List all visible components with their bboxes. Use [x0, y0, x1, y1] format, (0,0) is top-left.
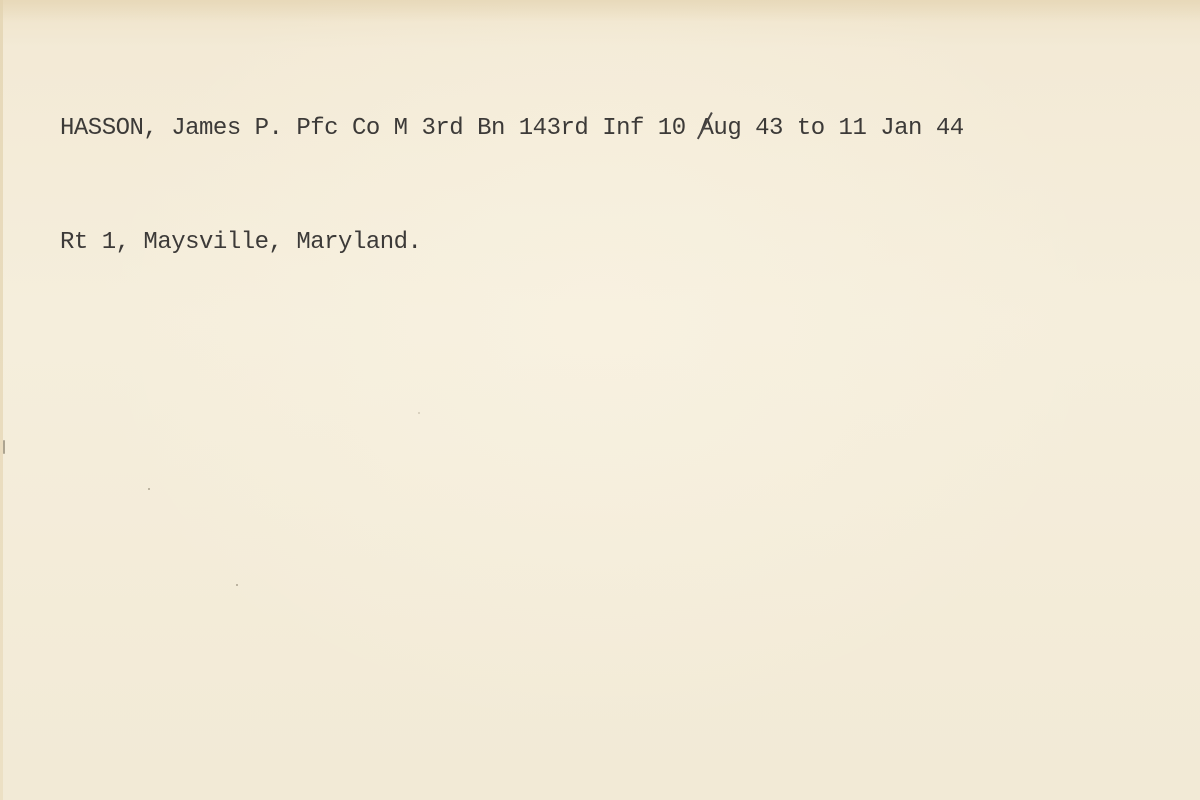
paper-speck — [3, 440, 5, 454]
record-line-name-unit-dates: HASSON, James P. Pfc Co M 3rd Bn 143rd I… — [60, 110, 964, 148]
paper-speck — [418, 412, 420, 414]
paper-speck — [148, 488, 150, 490]
record-line-address: Rt 1, Maysville, Maryland. — [60, 224, 964, 262]
dates-text: ug 43 to 11 Jan 44 — [713, 115, 963, 142]
name-unit-text: HASSON, James P. Pfc Co M 3rd Bn 143rd I… — [60, 115, 700, 142]
index-card: HASSON, James P. Pfc Co M 3rd Bn 143rd I… — [0, 0, 1200, 800]
typed-record: HASSON, James P. Pfc Co M 3rd Bn 143rd I… — [60, 34, 964, 338]
struck-letter: A — [700, 110, 714, 148]
paper-speck — [236, 584, 238, 586]
